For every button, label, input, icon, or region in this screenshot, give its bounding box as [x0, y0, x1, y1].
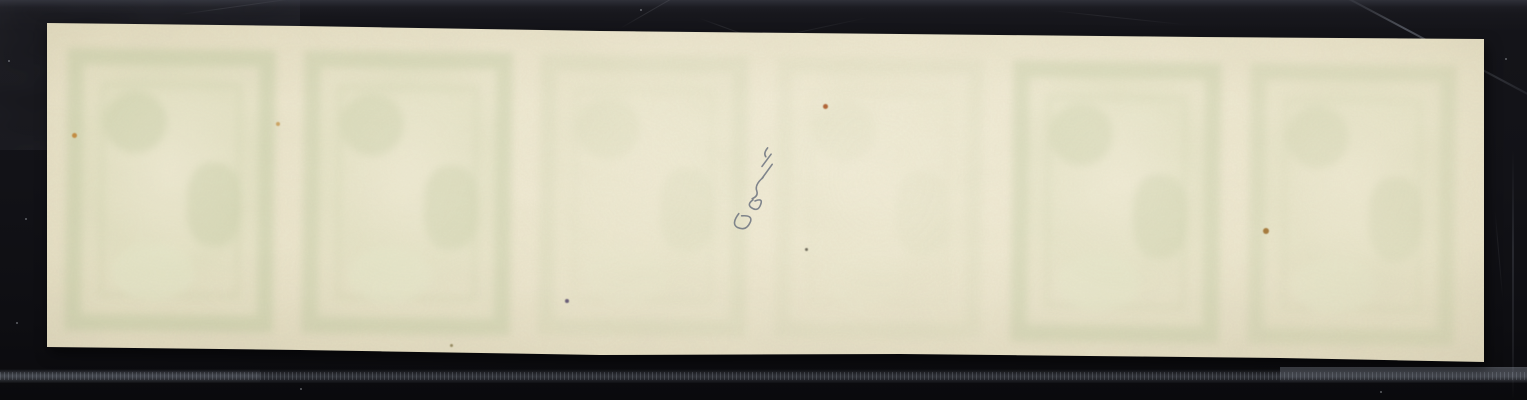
stamp-impression-blob [1057, 255, 1141, 312]
stamp-impression-blob [814, 100, 876, 162]
foxing-spot [450, 344, 453, 347]
foxing-spot [823, 104, 828, 109]
stamp-impression-blob [1368, 177, 1422, 262]
stamp-impression-blob [423, 165, 478, 250]
stamp-impression [1011, 61, 1222, 343]
stamp-impression [65, 48, 276, 332]
stamp-impression-blob [186, 162, 241, 247]
paper-shadow-wrap [0, 0, 1527, 400]
foxing-spot [72, 133, 77, 138]
stamp-impression-blob [577, 97, 640, 159]
foxing-spot [276, 122, 280, 126]
stamp-impression-blob [659, 168, 714, 253]
foxing-spot [1263, 228, 1269, 234]
stamp-impression [538, 55, 749, 337]
foxing-spot [805, 248, 808, 251]
stamp-impression-blob [348, 246, 432, 303]
stamp-impression [302, 51, 513, 335]
stamp-impression-blob [1050, 103, 1113, 165]
stamp-impression [775, 57, 984, 339]
stamp-impression [1247, 63, 1456, 345]
stamp-impression-blob [820, 251, 903, 308]
stamp-impression-blob [584, 248, 668, 305]
stamp-impression-blob [1293, 257, 1376, 314]
stamp-impression-blob [1132, 174, 1187, 259]
stamp-impression-blob [895, 170, 949, 255]
foxing-spot [565, 299, 569, 303]
stamp-impression-blob [1287, 106, 1349, 168]
stamp-strip-paper [0, 0, 1527, 400]
photo-of-stamp-strip-back [0, 0, 1527, 400]
stamp-impression-blob [111, 243, 195, 300]
expert-signature-mark [730, 141, 782, 236]
